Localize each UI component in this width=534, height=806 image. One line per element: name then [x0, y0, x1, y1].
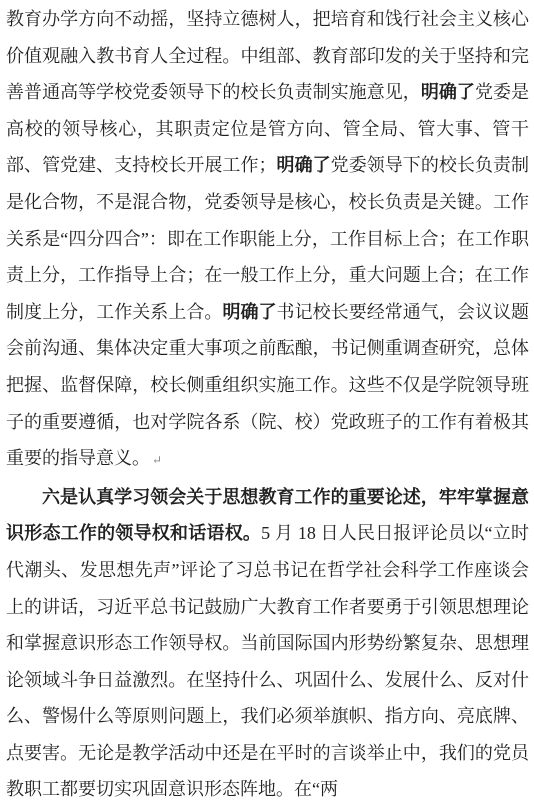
document-body: 教育办学方向不动摇，坚持立德树人，把培育和饯行社会主义核心价值观融入教书育人全过… [6, 1, 529, 806]
text-run: 党委领导下的校长负责制是化合物，不是混合物，党委领导是核心，校长负责是关键。工作… [6, 155, 529, 321]
text-run: 明确了 [277, 155, 331, 175]
document-page: 教育办学方向不动摇，坚持立德树人，把培育和饯行社会主义核心价值观融入教书育人全过… [0, 0, 534, 806]
text-run: 明确了 [421, 82, 475, 102]
paragraph-principal-responsibility: 教育办学方向不动摇，坚持立德树人，把培育和饯行社会主义核心价值观融入教书育人全过… [6, 1, 529, 479]
text-run: 5 月 18 日人民日报评论员以“立时代潮头、发思想先声”评论了习总书记在哲学社… [6, 523, 529, 799]
paragraph-ideology-work: 六是认真学习领会关于思想教育工作的重要论述，牢牢掌握意识形态工作的领导权和话语权… [6, 479, 529, 806]
paragraph-mark: ↵ [150, 453, 162, 467]
text-run: 书记校长要经常通气，会议议题会前沟通、集体决定重大事项之前酝酿，书记侧重调查研究… [6, 302, 529, 468]
text-run: 明确了 [222, 302, 276, 322]
